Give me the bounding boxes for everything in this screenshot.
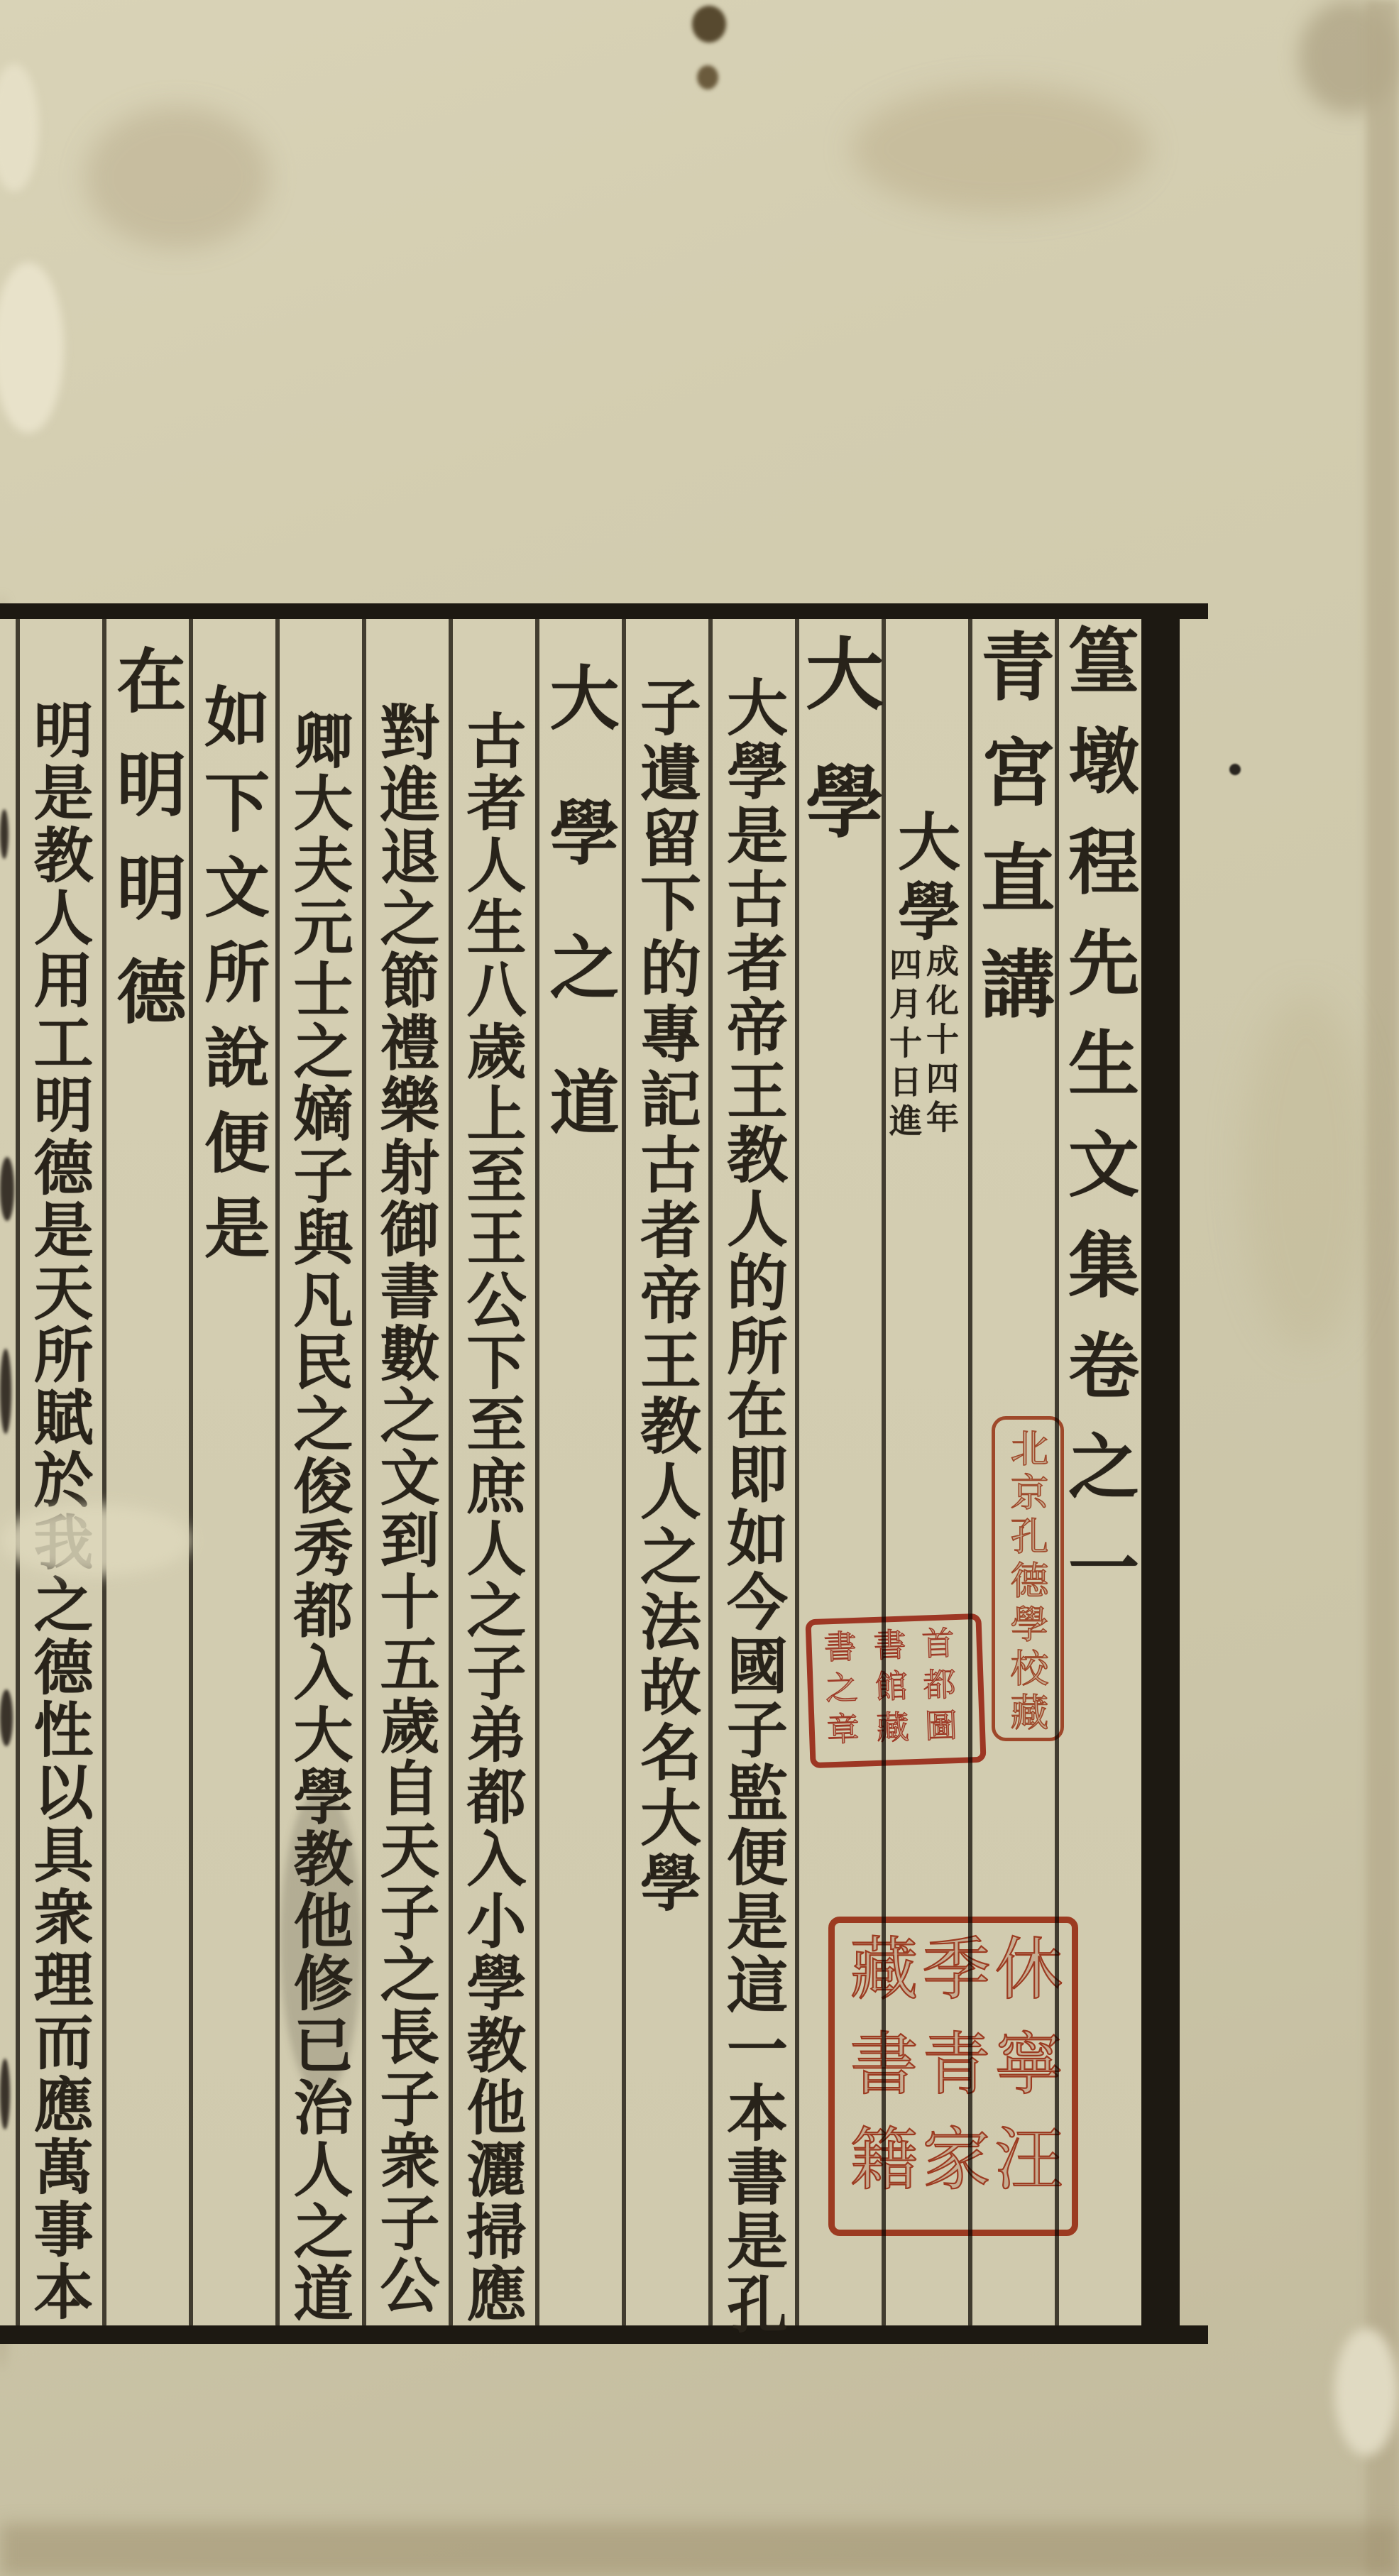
seal-capital-library-col-mid: 書館藏	[871, 1628, 908, 1752]
seal-capital-library-col-right: 首都圖	[919, 1626, 956, 1750]
stain	[85, 106, 270, 248]
seal-capital-library-col-left: 書之章	[821, 1629, 858, 1753]
column-chapter-title: 大學	[799, 633, 877, 889]
column-classic-text: 在明明德	[111, 645, 180, 1059]
column-commentary: 古者人生八歲上至王公下至庶人之子弟都入小學教他灑掃應	[462, 710, 522, 2325]
frame-border-top	[0, 603, 1208, 619]
stain	[0, 263, 64, 433]
column-commentary: 對進退之節禮樂射御書數之文到十五歲自天子之長子衆子公	[375, 701, 435, 2316]
frame-border-bottom	[0, 2325, 1208, 2344]
seal-kongde-school-text: 北京孔德學校藏	[1007, 1428, 1046, 1736]
seal-xiuning-col-left: 藏書籍	[845, 1933, 913, 2218]
stain	[1334, 2328, 1398, 2456]
column-commentary: 子遺留下的專記古者帝王教人之法故名大學	[635, 676, 696, 1917]
column-commentary: 大學是古者帝王教人的所在即如今國子監便是這一本書是孔	[721, 676, 782, 2337]
stain	[692, 6, 726, 43]
column-rule	[708, 616, 713, 2327]
frame-border-right	[1141, 603, 1180, 2344]
seal-capital-library: 首都圖 書館藏 書之章	[805, 1613, 986, 1769]
column-section-heading: 青宮直講	[975, 628, 1048, 1051]
book-page: 篁墩程先生文集卷之一 青宮直講 大學 成化十四年 四月十日進 大學 大學是古者帝…	[0, 0, 1399, 2576]
column-rule	[362, 616, 366, 2327]
stain	[0, 64, 39, 192]
column-commentary: 卿大夫元士之嫡子與凡民之俊秀都入大學教他修已治人之道	[289, 710, 349, 2325]
seal-xiuning-col-right: 休寧汪	[989, 1933, 1058, 2218]
ink-dot	[1229, 764, 1241, 775]
seal-xiuning-col-mid: 季青家	[917, 1933, 985, 2218]
date-note-right: 成化十四年	[924, 944, 957, 1139]
column-rule	[275, 616, 280, 2327]
column-classic-text: 大學之道	[544, 662, 613, 1201]
column-commentary: 明是教人用工明德是天所賦於我之德性以具衆理而應萬事本	[29, 699, 89, 2323]
column-rule	[189, 616, 193, 2327]
column-book-title: 篁墩程先生文集卷之一	[1063, 623, 1134, 1631]
date-note-left: 四月十日進	[887, 948, 920, 1143]
seal-kongde-school: 北京孔德學校藏	[992, 1416, 1064, 1741]
stain	[1242, 994, 1370, 1349]
column-rule	[16, 616, 20, 2327]
column-rule	[622, 616, 626, 2327]
stain	[1299, 0, 1399, 114]
column-work-title: 大學	[894, 809, 956, 948]
column-rule	[449, 616, 453, 2327]
stain	[852, 85, 1150, 213]
stain	[697, 65, 718, 89]
seal-xiuning-collector: 休寧汪 季青家 藏書籍	[828, 1917, 1078, 2236]
stain	[0, 2523, 1399, 2576]
column-commentary: 如下文所說便是	[199, 683, 265, 1279]
stain	[1366, 0, 1399, 2576]
